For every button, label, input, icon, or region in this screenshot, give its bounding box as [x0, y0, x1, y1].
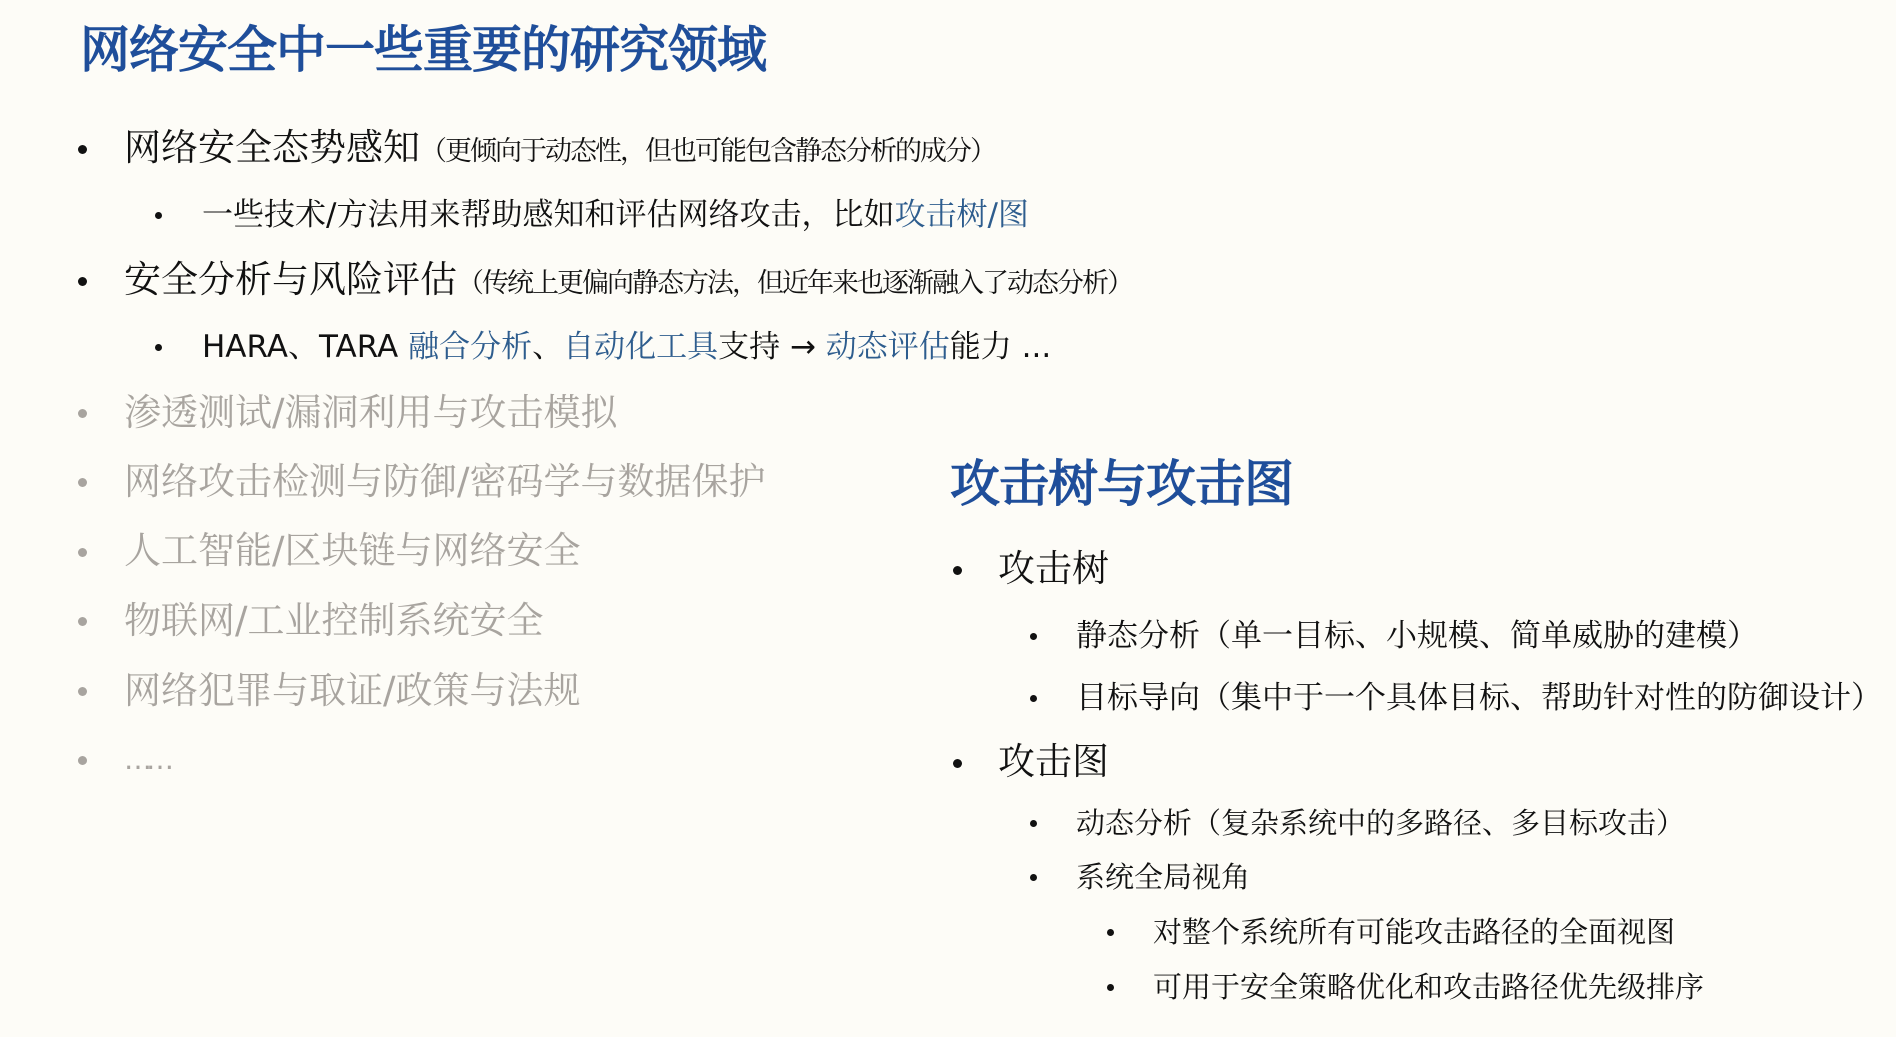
sub-item-dynamic-analysis: 动态分析（复杂系统中的多路径、多目标攻击） [1076, 803, 1685, 843]
bullet-icon [78, 145, 87, 154]
sub-item-goal-oriented: 目标导向（集中于一个具体目标、帮助针对性的防御设计） [1076, 677, 1882, 719]
bullet-icon [78, 409, 87, 418]
list-item-attack-graph: 攻击图 [998, 738, 1109, 786]
list-item-situational-awareness: 网络安全态势感知（更倾向于动态性，但也可能包含静态分析的成分） [124, 124, 995, 176]
item-label: 网络安全态势感知 [124, 126, 420, 169]
sub-item-global-view: 系统全局视角 [1076, 857, 1250, 897]
bullet-icon [1030, 695, 1037, 702]
sub-item-techniques: 一些技术/方法用来帮助感知和评估网络攻击，比如攻击树/图 [202, 194, 1029, 236]
bullet-icon [953, 759, 962, 768]
list-item-attack-tree: 攻击树 [998, 545, 1109, 593]
subsub-item-policy-optimization: 可用于安全策略优化和攻击路径优先级排序 [1153, 967, 1704, 1007]
bullet-icon [1030, 820, 1037, 827]
sub-item-text: 一些技术/方法用来帮助感知和评估网络攻击，比如 [202, 197, 894, 233]
bullet-icon [1030, 633, 1037, 640]
bullet-icon [155, 212, 162, 219]
bullet-icon [78, 277, 87, 286]
bullet-icon [78, 756, 87, 765]
sub-item-suffix: 能力 ... [950, 329, 1051, 365]
muted-item-cybercrime: 网络犯罪与取证/政策与法规 [124, 667, 580, 715]
bullet-icon [1107, 984, 1114, 991]
bullet-icon [78, 617, 87, 626]
muted-item-iot: 物联网/工业控制系统安全 [124, 597, 543, 645]
muted-item-detection: 网络攻击检测与防御/密码学与数据保护 [124, 458, 765, 506]
bullet-icon [1107, 929, 1114, 936]
sub-item-static-analysis: 静态分析（单一目标、小规模、简单威胁的建模） [1076, 615, 1758, 657]
sub-item-mid: 支持 → [718, 329, 826, 365]
bullet-icon [953, 566, 962, 575]
highlight-fusion-analysis: 融合分析 [408, 329, 532, 365]
item-note: （更倾向于动态性，但也可能包含静态分析的成分） [420, 136, 995, 167]
bullet-icon [78, 478, 87, 487]
muted-item-ellipsis: …… [124, 736, 168, 784]
section-title-attack-tree-graph: 攻击树与攻击图 [950, 454, 1293, 514]
subsub-item-comprehensive-view: 对整个系统所有可能攻击路径的全面视图 [1153, 912, 1675, 952]
muted-item-pentest: 渗透测试/漏洞利用与攻击模拟 [124, 389, 617, 437]
highlight-dynamic-assessment: 动态评估 [826, 329, 950, 365]
muted-item-ai-blockchain: 人工智能/区块链与网络安全 [124, 527, 580, 575]
sub-item-prefix: HARA、TARA [202, 329, 408, 365]
item-note: （传统上更偏向静态方法，但近年来也逐渐融入了动态分析） [457, 268, 1132, 299]
bullet-icon [1030, 874, 1037, 881]
separator: 、 [532, 329, 563, 365]
sub-item-hara-tara: HARA、TARA 融合分析、自动化工具支持 → 动态评估能力 ... [202, 326, 1051, 368]
highlight-automation-tools: 自动化工具 [563, 329, 718, 365]
bullet-icon [155, 344, 162, 351]
bullet-icon [78, 548, 87, 557]
highlight-attack-tree-graph: 攻击树/图 [894, 197, 1028, 233]
page-title: 网络安全中一些重要的研究领域 [80, 20, 766, 80]
list-item-risk-assessment: 安全分析与风险评估（传统上更偏向静态方法，但近年来也逐渐融入了动态分析） [124, 256, 1132, 308]
item-label: 安全分析与风险评估 [124, 258, 457, 301]
bullet-icon [78, 687, 87, 696]
